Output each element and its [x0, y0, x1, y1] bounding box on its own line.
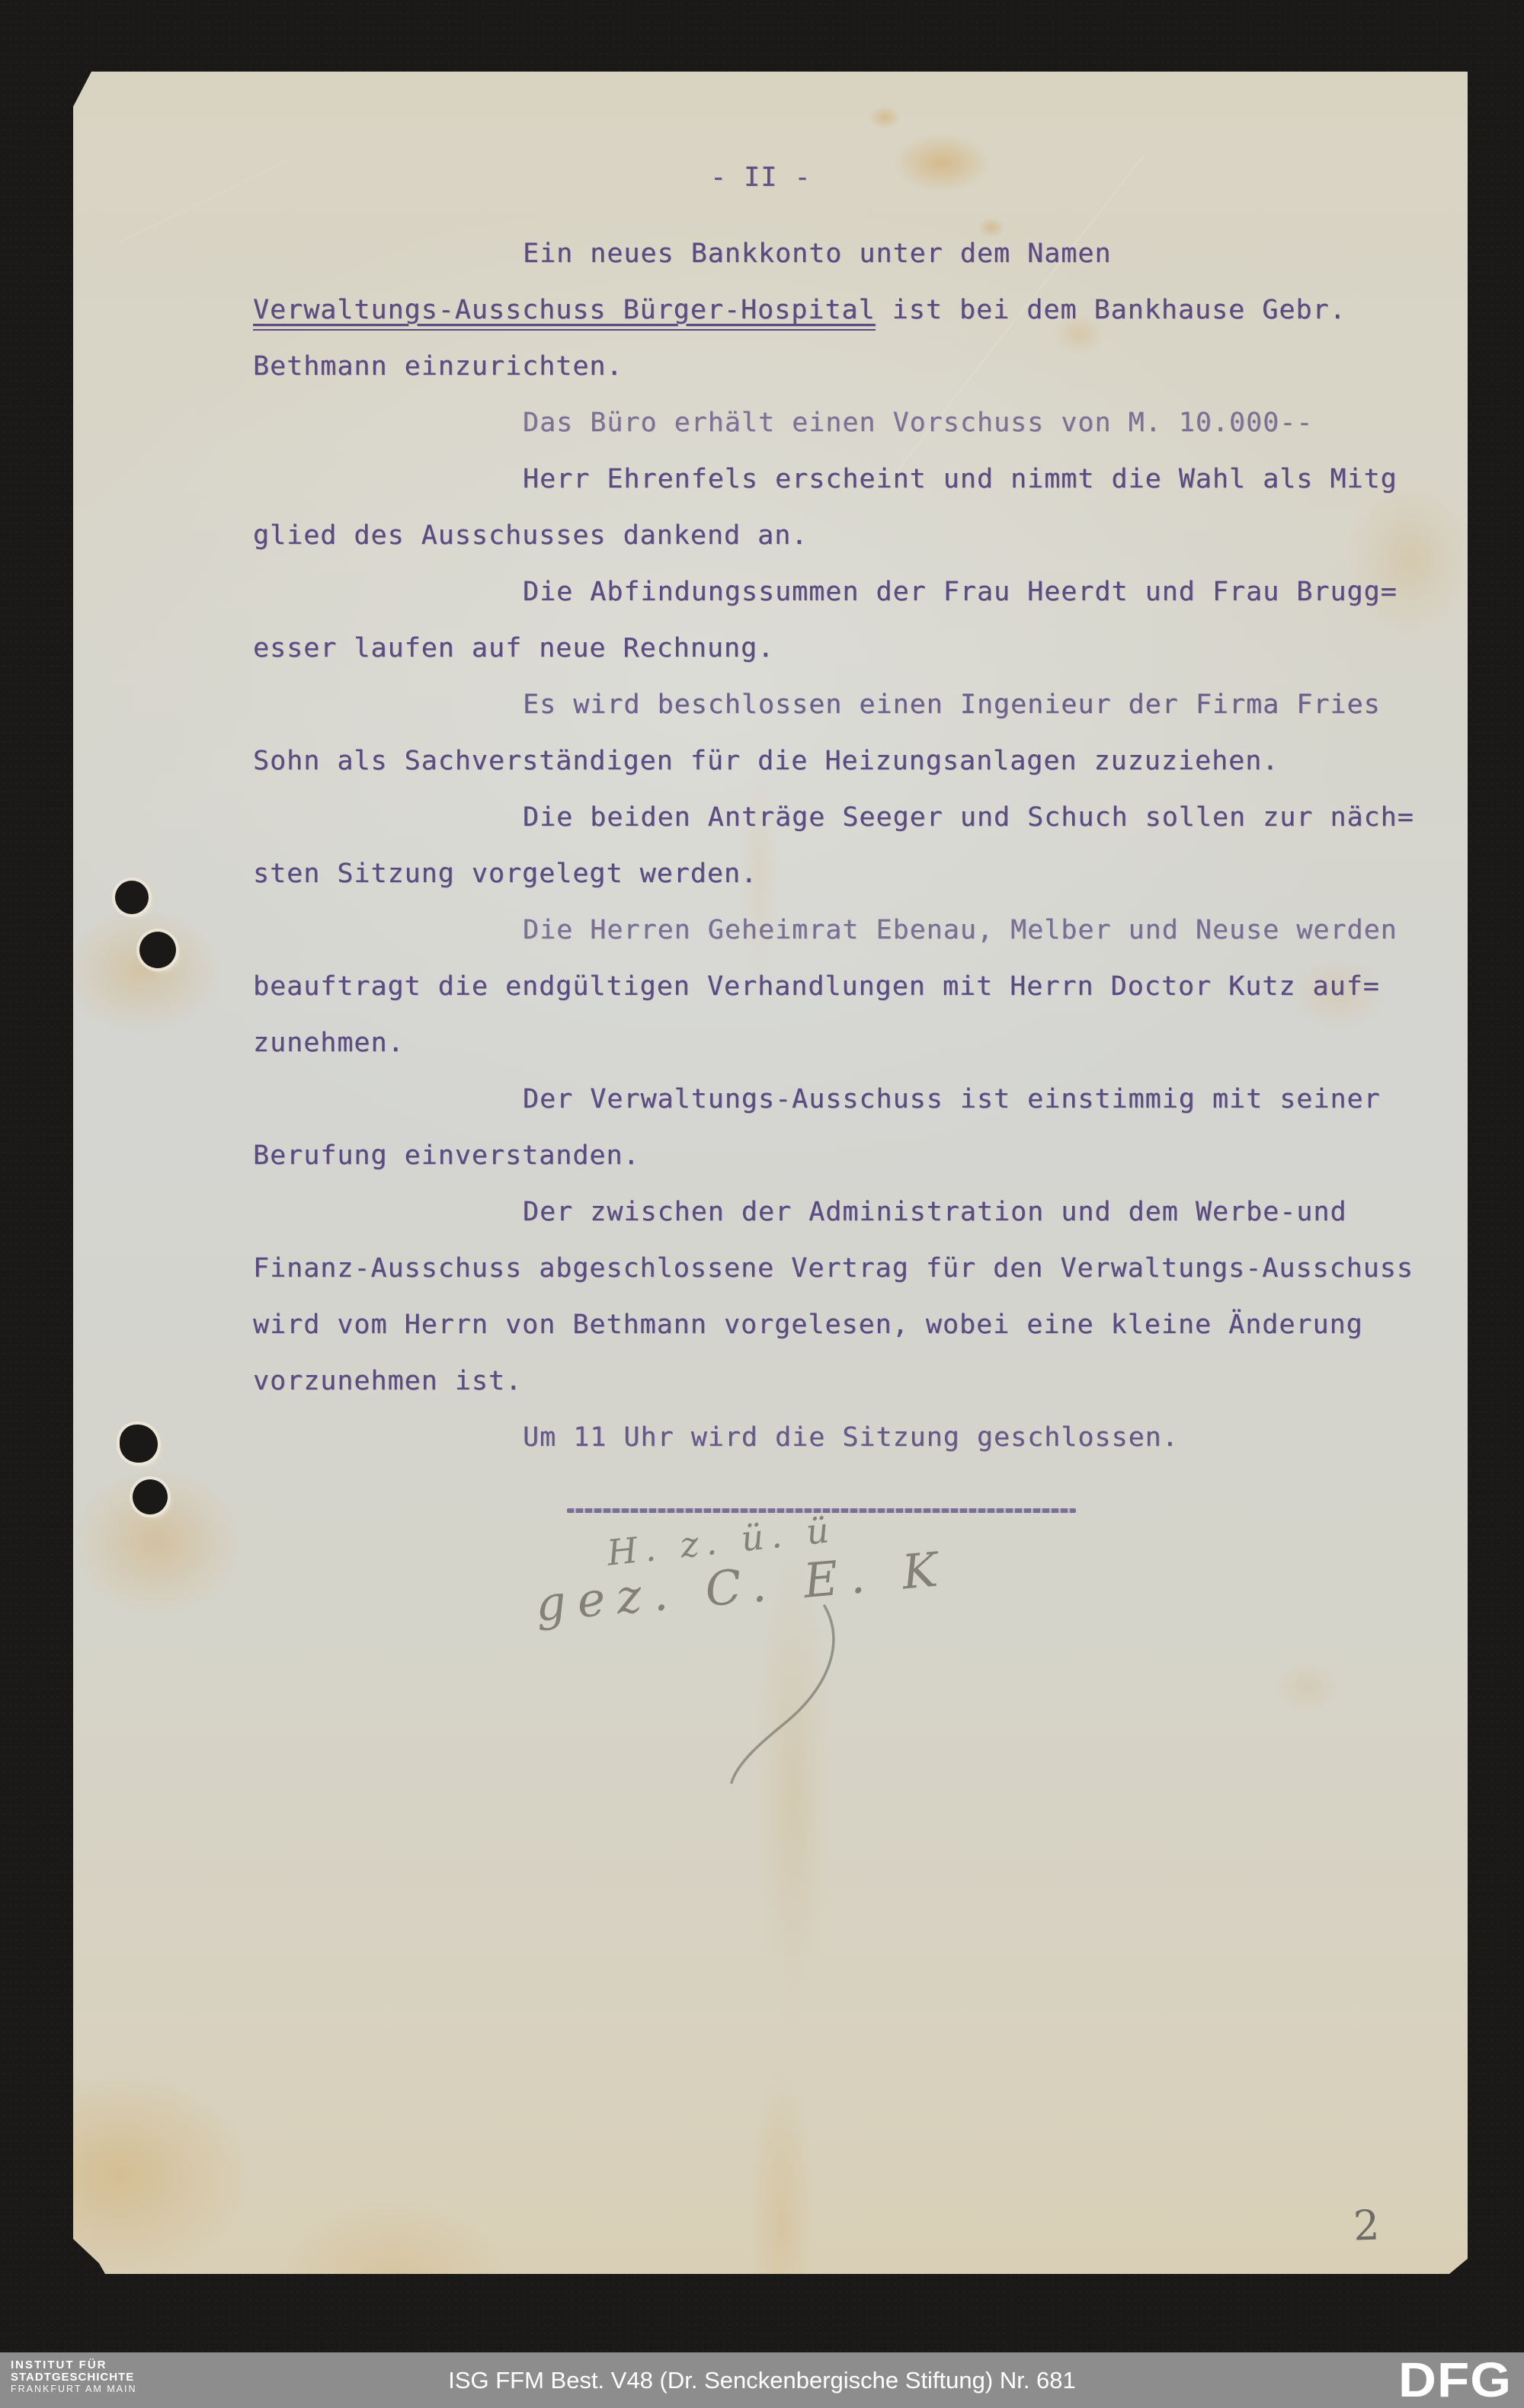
document-line: vorzunehmen ist. [253, 1353, 1472, 1409]
document-line: beauftragt die endgültigen Verhandlungen… [253, 958, 1472, 1015]
pencil-page-number: 2 [1353, 2201, 1381, 2250]
document-line: Finanz-Ausschuss abgeschlossene Vertrag … [253, 1240, 1472, 1297]
document-line: sten Sitzung vorgelegt werden. [253, 846, 1472, 902]
document-line: Es wird beschlossen einen Ingenieur der … [253, 676, 1472, 733]
page-heading: - II - [710, 152, 1472, 203]
document-line: wird vom Herrn von Bethmann vorgelesen, … [253, 1297, 1472, 1353]
document-line: Um 11 Uhr wird die Sitzung geschlossen. [253, 1409, 1472, 1466]
underlined-phrase: Verwaltungs-Ausschuss Bürger-Hospital [253, 295, 876, 331]
typed-text-block: - II - Ein neues Bankkonto unter dem Nam… [253, 152, 1472, 1513]
document-line: Ein neues Bankkonto unter dem Namen [253, 225, 1472, 282]
document-lines: Ein neues Bankkonto unter dem NamenVerwa… [253, 225, 1472, 1466]
document-line: esser laufen auf neue Rechnung. [253, 620, 1472, 676]
punch-hole [139, 932, 176, 968]
signature-flourish-stroke [727, 1601, 856, 1792]
document-line: Die beiden Anträge Seeger und Schuch sol… [253, 789, 1472, 846]
punch-hole [120, 1425, 158, 1463]
document-line: Bethmann einzurichten. [253, 338, 1472, 395]
scan-background: - II - Ein neues Bankkonto unter dem Nam… [0, 0, 1524, 2408]
dfg-logo: DFG [1398, 2352, 1512, 2408]
scan-viewer: { "document": { "heading": "- II -", "li… [0, 0, 1524, 2408]
document-line: Berufung einverstanden. [253, 1127, 1472, 1184]
document-line: Herr Ehrenfels erscheint und nimmt die W… [253, 451, 1472, 507]
document-line: Der zwischen der Administration und dem … [253, 1184, 1472, 1240]
punch-hole [133, 1479, 168, 1514]
document-line: Der Verwaltungs-Ausschuss ist einstimmig… [253, 1071, 1472, 1127]
footer-bar: INSTITUT FÜR STADTGESCHICHTE FRANKFURT A… [0, 2352, 1524, 2408]
document-page: - II - Ein neues Bankkonto unter dem Nam… [73, 72, 1468, 2274]
document-line: glied des Ausschusses dankend an. [253, 507, 1472, 564]
archive-reference: ISG FFM Best. V48 (Dr. Senckenbergische … [0, 2367, 1524, 2394]
document-line: Die Abfindungssummen der Frau Heerdt und… [253, 564, 1472, 620]
document-line: Verwaltungs-Ausschuss Bürger-Hospital is… [253, 282, 1472, 338]
document-line: Die Herren Geheimrat Ebenau, Melber und … [253, 902, 1472, 958]
document-line: zunehmen. [253, 1015, 1472, 1071]
document-line: Das Büro erhält einen Vorschuss von M. 1… [253, 395, 1472, 451]
document-line: Sohn als Sachverständigen für die Heizun… [253, 733, 1472, 789]
punch-hole [115, 881, 149, 914]
